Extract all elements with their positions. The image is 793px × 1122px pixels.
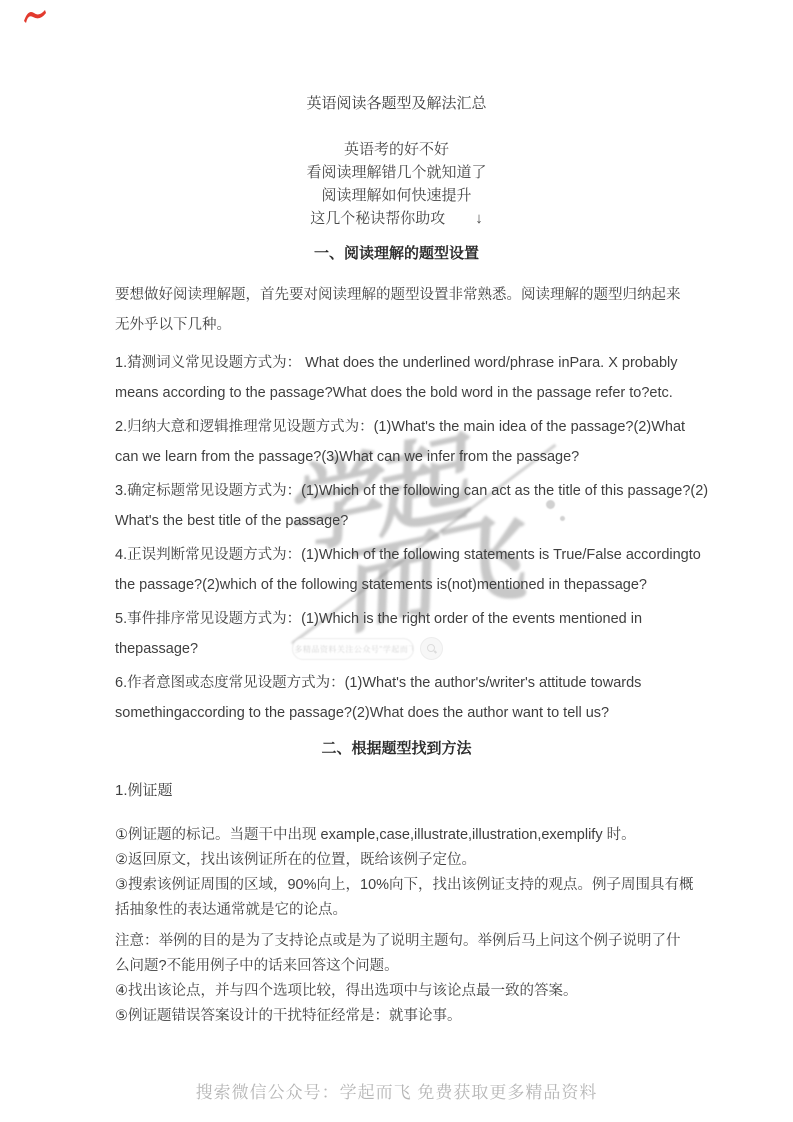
list-item-6: 6.作者意图或态度常见设题方式为：(1)What's the author's/… [115, 668, 740, 728]
red-corner-mark [22, 6, 48, 26]
list-item-3: 3.确定标题常见设题方式为：(1)Which of the following … [115, 476, 740, 536]
question-type-list: 1.猜测词义常见设题方式为： What does the underlined … [115, 348, 740, 728]
list-item-5: 5.事件排序常见设题方式为：(1)Which is the right orde… [115, 604, 740, 664]
list-item-2: 2.归纳大意和逻辑推理常见设题方式为：(1)What's the main id… [115, 412, 740, 472]
section1-heading: 一、阅读理解的题型设置 [0, 244, 793, 264]
section2-subheading: 1.例证题 [115, 781, 740, 801]
list-item-4: 4.正误判断常见设题方式为：(1)Which of the following … [115, 540, 740, 600]
note-and-steps: 注意：举例的目的是为了支持论点或是为了说明主题句。举例后马上问这个例子说明了什 … [115, 929, 740, 1029]
section2-content: 1.例证题 ①例证题的标记。当题干中出现 example,case,illust… [0, 781, 740, 1029]
document-body: 英语阅读各题型及解法汇总 英语考的好不好 看阅读理解错几个就知道了 阅读理解如何… [0, 0, 793, 1105]
page-title: 英语阅读各题型及解法汇总 [0, 0, 793, 114]
document-page: 学起而飞 更多精品资料关注公众号"学起而飞" 英语阅读各题型及解法汇总 英语考的… [0, 0, 793, 1122]
section2-heading: 二、根据题型找到方法 [0, 739, 793, 759]
list-item-1: 1.猜测词义常见设题方式为： What does the underlined … [115, 348, 740, 408]
example-steps: ①例证题的标记。当题干中出现 example,case,illustrate,i… [115, 823, 740, 923]
section1-lead: 要想做好阅读理解题，首先要对阅读理解的题型设置非常熟悉。阅读理解的题型归纳起来 … [115, 280, 740, 340]
intro-lines: 英语考的好不好 看阅读理解错几个就知道了 阅读理解如何快速提升 这几个秘诀帮你助… [0, 138, 793, 230]
section1-content: 要想做好阅读理解题，首先要对阅读理解的题型设置非常熟悉。阅读理解的题型归纳起来 … [0, 280, 740, 728]
footer-promo-text: 搜索微信公众号：学起而飞 免费获取更多精品资料 [0, 1081, 793, 1105]
